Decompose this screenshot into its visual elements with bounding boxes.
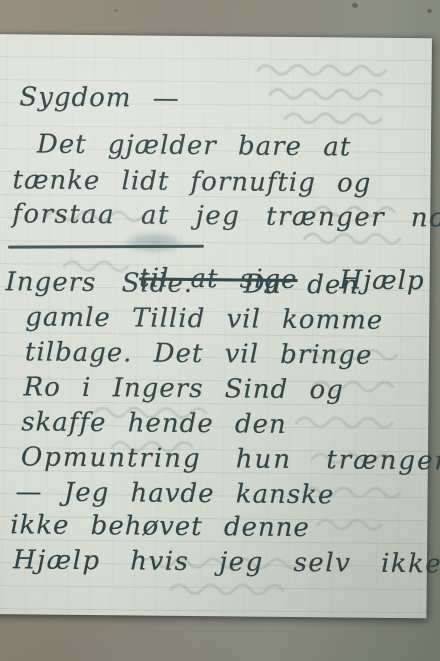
handwriting-line-14: Hjælp hvis jeg selv ikke — [13, 545, 440, 579]
handwriting-line-1: Sygdom — — [19, 82, 180, 114]
handwriting-line-7: gamle Tillid vil komme — [25, 302, 383, 335]
handwriting-line-8: tilbage. Det vil bringe — [25, 337, 373, 370]
photo-background: Sygdom — Det gjælder bare at tænke lidt … — [0, 0, 440, 661]
background-speck — [427, 9, 432, 13]
handwriting-line-12: — Jeg havde kanske — [15, 477, 334, 510]
handwriting-line-9: Ro i Ingers Sind og — [23, 372, 344, 405]
background-speck — [114, 9, 118, 12]
letter-paper: Sygdom — Det gjælder bare at tænke lidt … — [0, 34, 432, 618]
handwriting-line-11: Opmuntring hun trænger — [21, 442, 440, 476]
handwriting-line-4: forstaa at jeg trænger noget — [12, 199, 440, 234]
handwriting-line-13: ikke behøvet denne — [10, 510, 310, 543]
handwriting-line-2: Det gjælder bare at — [37, 129, 352, 162]
handwriting-line-3: tænke lidt fornuftig og — [12, 165, 371, 198]
handwriting-line-10: skaffe hende den — [21, 407, 287, 440]
handwriting-line-6: Ingers Side. Da den — [5, 267, 359, 300]
background-speck — [352, 3, 358, 8]
